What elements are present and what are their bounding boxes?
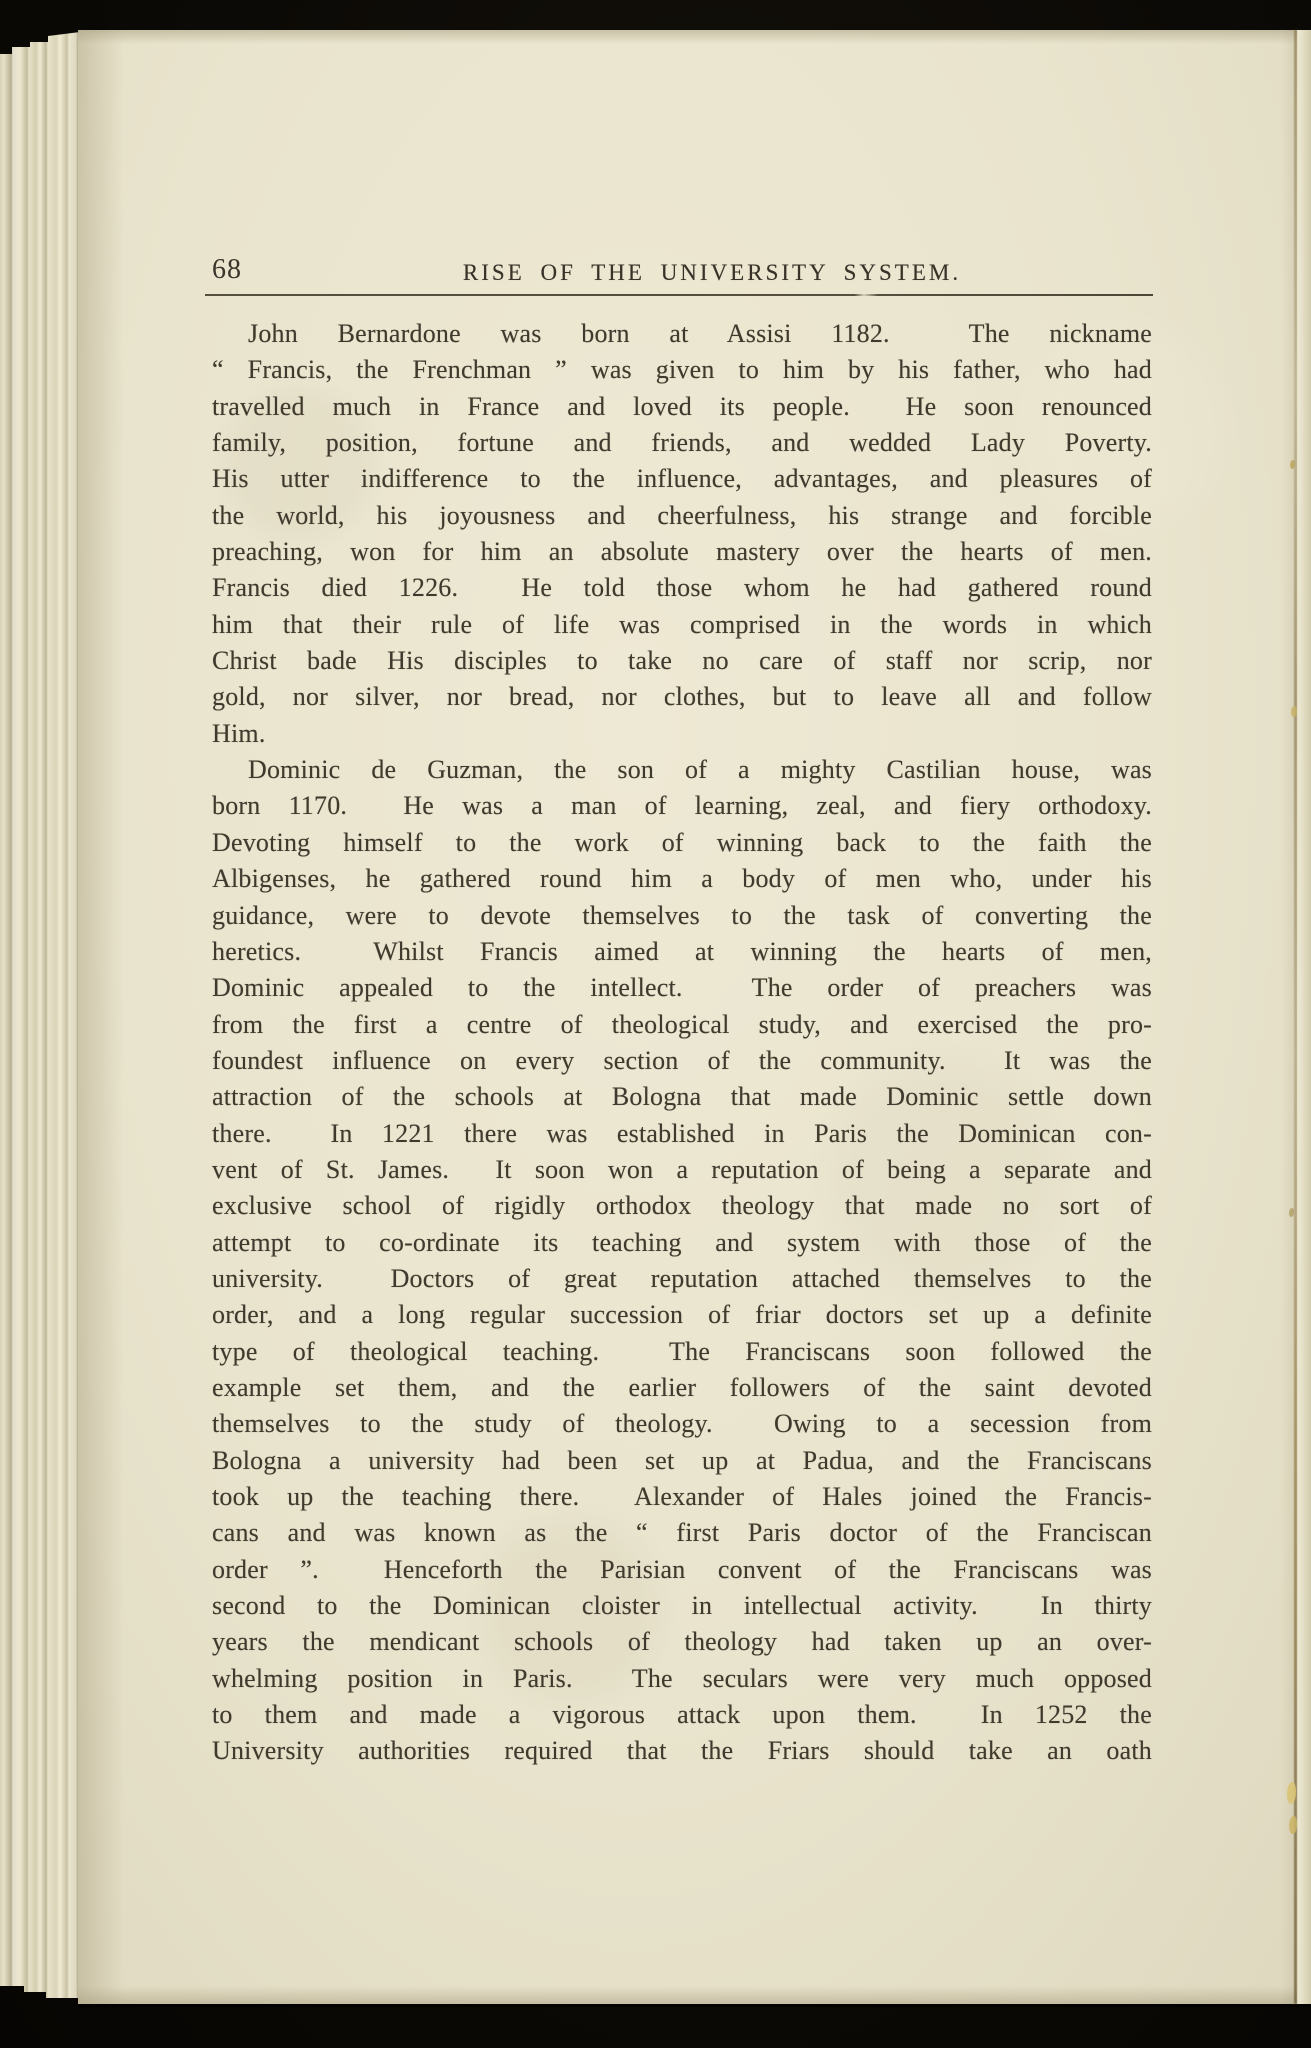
text-line: whelming position in Paris. The seculars…	[212, 1661, 1152, 1697]
text-line: to them and made a vigorous attack upon …	[212, 1697, 1152, 1733]
paragraph: John Bernardone was born at Assisi 1182.…	[212, 316, 1152, 752]
text-line: His utter indifference to the influence,…	[212, 461, 1152, 497]
body-text: John Bernardone was born at Assisi 1182.…	[212, 316, 1152, 1770]
text-line: from the first a centre of theological s…	[212, 1007, 1152, 1043]
text-line: preaching, won for him an absolute maste…	[212, 534, 1152, 570]
text-line: Dominic appealed to the intellect. The o…	[212, 970, 1152, 1006]
text-line: the world, his joyousness and cheerfulne…	[212, 498, 1152, 534]
text-line: second to the Dominican cloister in inte…	[212, 1588, 1152, 1624]
text-line: Him.	[212, 716, 1152, 752]
text-line: exclusive school of rigidly orthodox the…	[212, 1188, 1152, 1224]
text-line: travelled much in France and loved its p…	[212, 389, 1152, 425]
book-page: 68 RISE OF THE UNIVERSITY SYSTEM. John B…	[78, 30, 1311, 2004]
header-rule	[205, 294, 1153, 296]
text-line: there. In 1221 there was established in …	[212, 1116, 1152, 1152]
text-line: university. Doctors of great reputation …	[212, 1261, 1152, 1297]
text-line: foundest influence on every section of t…	[212, 1043, 1152, 1079]
text-line: themselves to the study of theology. Owi…	[212, 1406, 1152, 1442]
text-line: type of theological teaching. The Franci…	[212, 1334, 1152, 1370]
text-line: born 1170. He was a man of learning, zea…	[212, 788, 1152, 824]
page-number: 68	[212, 256, 242, 284]
paragraph: Dominic de Guzman, the son of a mighty C…	[212, 752, 1152, 1770]
text-line: Francis died 1226. He told those whom he…	[212, 570, 1152, 606]
text-line: him that their rule of life was comprise…	[212, 607, 1152, 643]
text-line: attempt to co-ordinate its teaching and …	[212, 1225, 1152, 1261]
text-line: example set them, and the earlier follow…	[212, 1370, 1152, 1406]
text-line: guidance, were to devote themselves to t…	[212, 898, 1152, 934]
text-line: Albigenses, he gathered round him a body…	[212, 861, 1152, 897]
photographed-book-spread: { "page": { "number": "68", "running_tit…	[0, 0, 1311, 2048]
text-line: vent of St. James. It soon won a reputat…	[212, 1152, 1152, 1188]
text-line: years the mendicant schools of theology …	[212, 1624, 1152, 1660]
next-page-sliver	[1297, 30, 1311, 2004]
text-line: Devoting himself to the work of winning …	[212, 825, 1152, 861]
text-line: Dominic de Guzman, the son of a mighty C…	[212, 752, 1152, 788]
running-title: RISE OF THE UNIVERSITY SYSTEM.	[242, 261, 1182, 284]
text-line: order ”. Henceforth the Parisian convent…	[212, 1552, 1152, 1588]
text-line: order, and a long regular succession of …	[212, 1297, 1152, 1333]
text-line: University authorities required that the…	[212, 1733, 1152, 1769]
text-line: family, position, fortune and friends, a…	[212, 425, 1152, 461]
text-line: Christ bade His disciples to take no car…	[212, 643, 1152, 679]
text-line: attraction of the schools at Bologna tha…	[212, 1079, 1152, 1115]
page-crease	[1294, 30, 1297, 2004]
text-line: took up the teaching there. Alexander of…	[212, 1479, 1152, 1515]
text-line: gold, nor silver, nor bread, nor clothes…	[212, 679, 1152, 715]
text-line: Bologna a university had been set up at …	[212, 1443, 1152, 1479]
text-line: heretics. Whilst Francis aimed at winnin…	[212, 934, 1152, 970]
text-line: “ Francis, the Frenchman ” was given to …	[212, 352, 1152, 388]
text-line: cans and was known as the “ first Paris …	[212, 1515, 1152, 1551]
text-line: John Bernardone was born at Assisi 1182.…	[212, 316, 1152, 352]
page-edge-stack	[0, 0, 80, 1998]
